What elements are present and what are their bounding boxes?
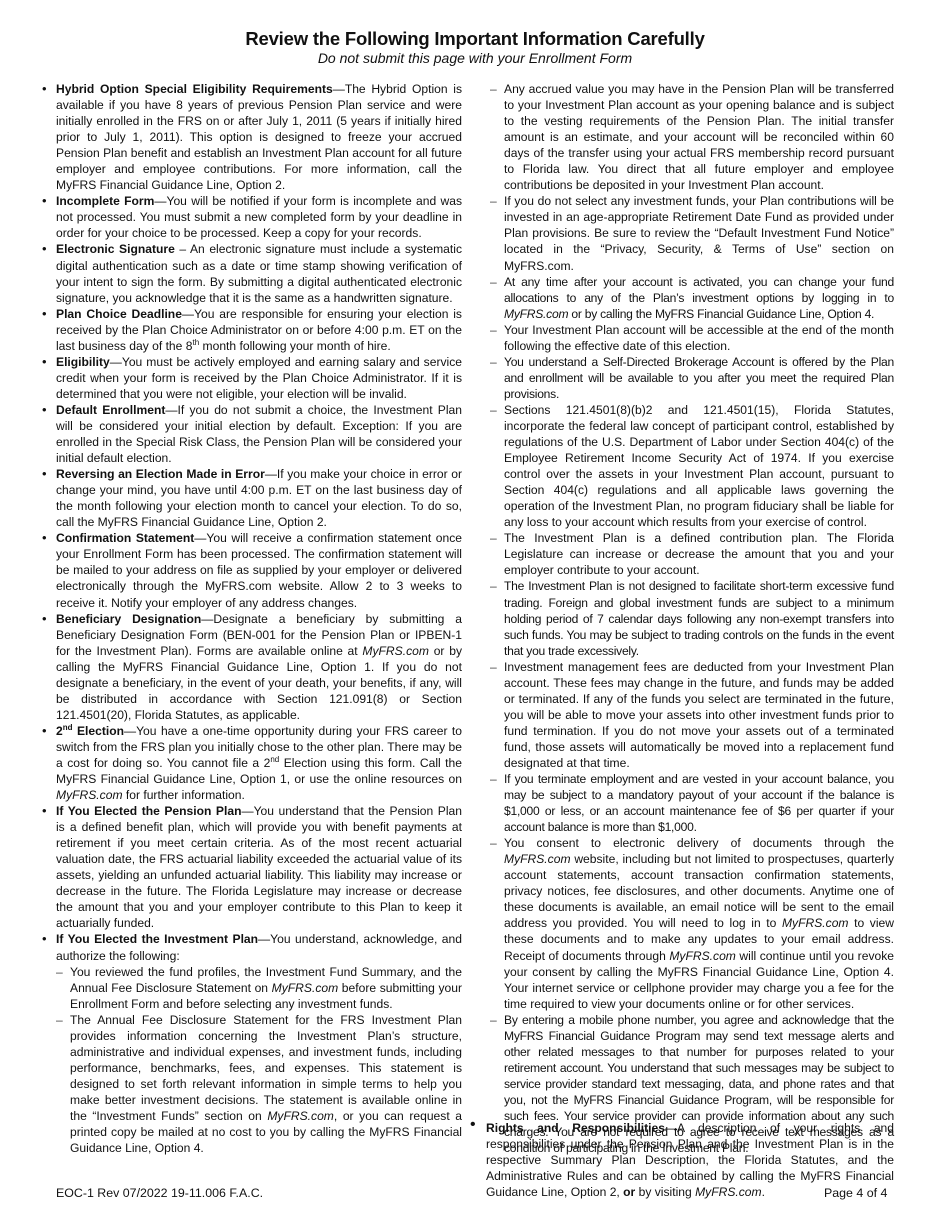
- item-heading: Eligibility: [56, 355, 110, 369]
- list-item-incomplete-form: Incomplete Form—You will be notified if …: [38, 193, 462, 241]
- sub-item: The Investment Plan is not designed to f…: [490, 578, 894, 658]
- myfrs-link: MyFRS.com: [504, 852, 571, 866]
- sub-item: The Annual Fee Disclosure Statement for …: [56, 1012, 462, 1156]
- form-id: EOC-1 Rev 07/2022 19-11.006 F.A.C.: [56, 1186, 263, 1200]
- myfrs-link: MyFRS.com: [56, 788, 123, 802]
- left-column: Hybrid Option Special Eligibility Requir…: [38, 81, 462, 1156]
- myfrs-link: MyFRS.com: [362, 644, 429, 658]
- item-heading: Beneficiary Designation: [56, 612, 201, 626]
- list-item-second-election: 2nd Election—You have a one-time opportu…: [38, 723, 462, 803]
- item-heading: If You Elected the Pension Plan: [56, 804, 241, 818]
- myfrs-link: MyFRS.com: [669, 949, 736, 963]
- item-heading: Confirmation Statement: [56, 531, 194, 545]
- sub-item: Sections 121.4501(8)(b)2 and 121.4501(15…: [490, 402, 894, 530]
- item-heading: Electronic Signature: [56, 242, 175, 256]
- page-number: Page 4 of 4: [824, 1186, 887, 1200]
- myfrs-link: MyFRS.com: [272, 981, 339, 995]
- item-heading: Hybrid Option Special Eligibility Requir…: [56, 82, 333, 96]
- sub-item: If you terminate employment and are vest…: [490, 771, 894, 835]
- myfrs-link: MyFRS.com: [782, 916, 849, 930]
- myfrs-link: MyFRS.com: [695, 1185, 762, 1199]
- list-item-electronic-signature: Electronic Signature – An electronic sig…: [38, 241, 462, 305]
- item-heading: Incomplete Form: [56, 194, 154, 208]
- info-list: Hybrid Option Special Eligibility Requir…: [38, 81, 462, 1156]
- page-subtitle: Do not submit this page with your Enroll…: [0, 50, 950, 67]
- item-heading: If You Elected the Investment Plan: [56, 932, 258, 946]
- sub-item: You understand a Self-Directed Brokerage…: [490, 354, 894, 402]
- item-heading: Plan Choice Deadline: [56, 307, 182, 321]
- list-item-pension-plan: If You Elected the Pension Plan—You unde…: [38, 803, 462, 931]
- right-column: Any accrued value you may have in the Pe…: [480, 81, 894, 1156]
- investment-plan-sublist-continued: Any accrued value you may have in the Pe…: [490, 81, 894, 1156]
- list-item-confirmation-statement: Confirmation Statement—You will receive …: [38, 530, 462, 610]
- sub-item: If you do not select any investment fund…: [490, 193, 894, 273]
- sub-item: At any time after your account is activa…: [490, 274, 894, 322]
- myfrs-link: MyFRS.com: [267, 1109, 334, 1123]
- item-heading: Reversing an Election Made in Error: [56, 467, 265, 481]
- sub-item: The Investment Plan is a defined contrib…: [490, 530, 894, 578]
- sub-item: You reviewed the fund profiles, the Inve…: [56, 964, 462, 1012]
- investment-plan-sublist: You reviewed the fund profiles, the Inve…: [56, 964, 462, 1157]
- item-heading: 2nd Election: [56, 724, 124, 738]
- page-title: Review the Following Important Informati…: [0, 28, 950, 50]
- list-item-plan-choice-deadline: Plan Choice Deadline—You are responsible…: [38, 306, 462, 354]
- sub-item: You consent to electronic delivery of do…: [490, 835, 894, 1012]
- list-item-hybrid-option: Hybrid Option Special Eligibility Requir…: [38, 81, 462, 193]
- item-heading: Rights and Responsibilities: [486, 1121, 665, 1135]
- list-item-reversing-election: Reversing an Election Made in Error—If y…: [38, 466, 462, 530]
- sub-item: Any accrued value you may have in the Pe…: [490, 81, 894, 193]
- myfrs-link: MyFRS.com: [504, 307, 568, 321]
- page-header: Review the Following Important Informati…: [0, 28, 950, 67]
- item-heading: Default Enrollment: [56, 403, 165, 417]
- list-item-default-enrollment: Default Enrollment—If you do not submit …: [38, 402, 462, 466]
- list-item-investment-plan: If You Elected the Investment Plan—You u…: [38, 931, 462, 1156]
- sub-item: Investment management fees are deducted …: [490, 659, 894, 771]
- list-item-beneficiary-designation: Beneficiary Designation—Designate a bene…: [38, 611, 462, 723]
- list-item-eligibility: Eligibility—You must be actively employe…: [38, 354, 462, 402]
- sub-item: Your Investment Plan account will be acc…: [490, 322, 894, 354]
